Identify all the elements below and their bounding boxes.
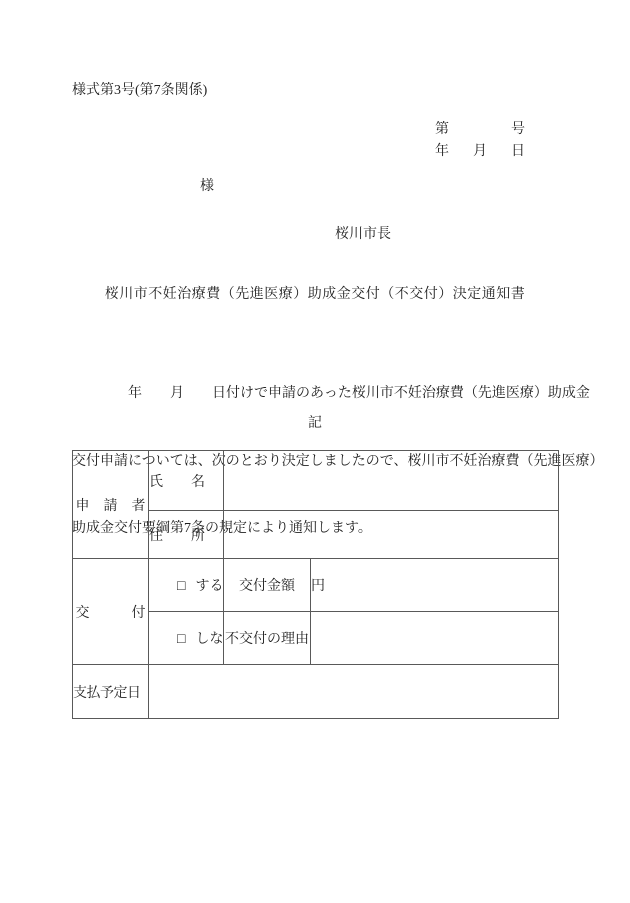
address-label-cell: 住 所 [149, 511, 224, 559]
yen-unit-label: 円 [311, 579, 325, 594]
sender-title: 桜川市長 [335, 223, 391, 243]
checkbox-icon[interactable]: □ [177, 632, 185, 648]
no-grant-reason-value-cell [311, 612, 559, 665]
document-title: 桜川市不妊治療費（先進医療）助成金交付（不交付）決定通知書 [0, 283, 630, 303]
applicant-label-cell: 申 請 者 [73, 451, 149, 559]
grant-no-cell: □しない [149, 612, 224, 665]
grant-yes-cell: □する [149, 559, 224, 612]
document-page: 様式第3号(第7条関係) 第 号 年 月 日 様 桜川市長 桜川市不妊治療費（先… [0, 0, 630, 903]
checkbox-icon[interactable]: □ [177, 579, 185, 595]
name-label-cell: 氏 名 [149, 451, 224, 511]
date-month-label: 月 [473, 140, 487, 160]
grant-yes-label: する [195, 579, 223, 594]
address-value-cell [224, 511, 559, 559]
document-number-line: 第 号 [435, 118, 525, 138]
grant-amount-value-cell: 円 [311, 559, 559, 612]
document-number-prefix: 第 [435, 118, 449, 138]
date-day-label: 日 [511, 140, 525, 160]
date-year-label: 年 [435, 140, 449, 160]
document-number-suffix: 号 [511, 118, 525, 138]
date-line: 年 月 日 [435, 140, 525, 160]
name-value-cell [224, 451, 559, 511]
record-marker: 記 [0, 412, 630, 432]
body-line-1: 年 月 日付けで申請のあった桜川市不妊治療費（先進医療）助成金 [72, 383, 572, 406]
grant-label-cell: 交 付 [73, 559, 149, 665]
addressee-honorific: 様 [200, 175, 214, 195]
payment-date-value-cell [149, 665, 559, 719]
decision-table: 申 請 者 氏 名 住 所 交 付 □する 交付金額 円 □しない 不交付の理由 [72, 450, 559, 719]
no-grant-reason-label-cell: 不交付の理由 [224, 612, 311, 665]
grant-amount-label-cell: 交付金額 [224, 559, 311, 612]
form-number: 様式第3号(第7条関係) [72, 79, 207, 99]
payment-date-label-cell: 支払予定日 [73, 665, 149, 719]
grant-no-label: しない [195, 632, 223, 647]
